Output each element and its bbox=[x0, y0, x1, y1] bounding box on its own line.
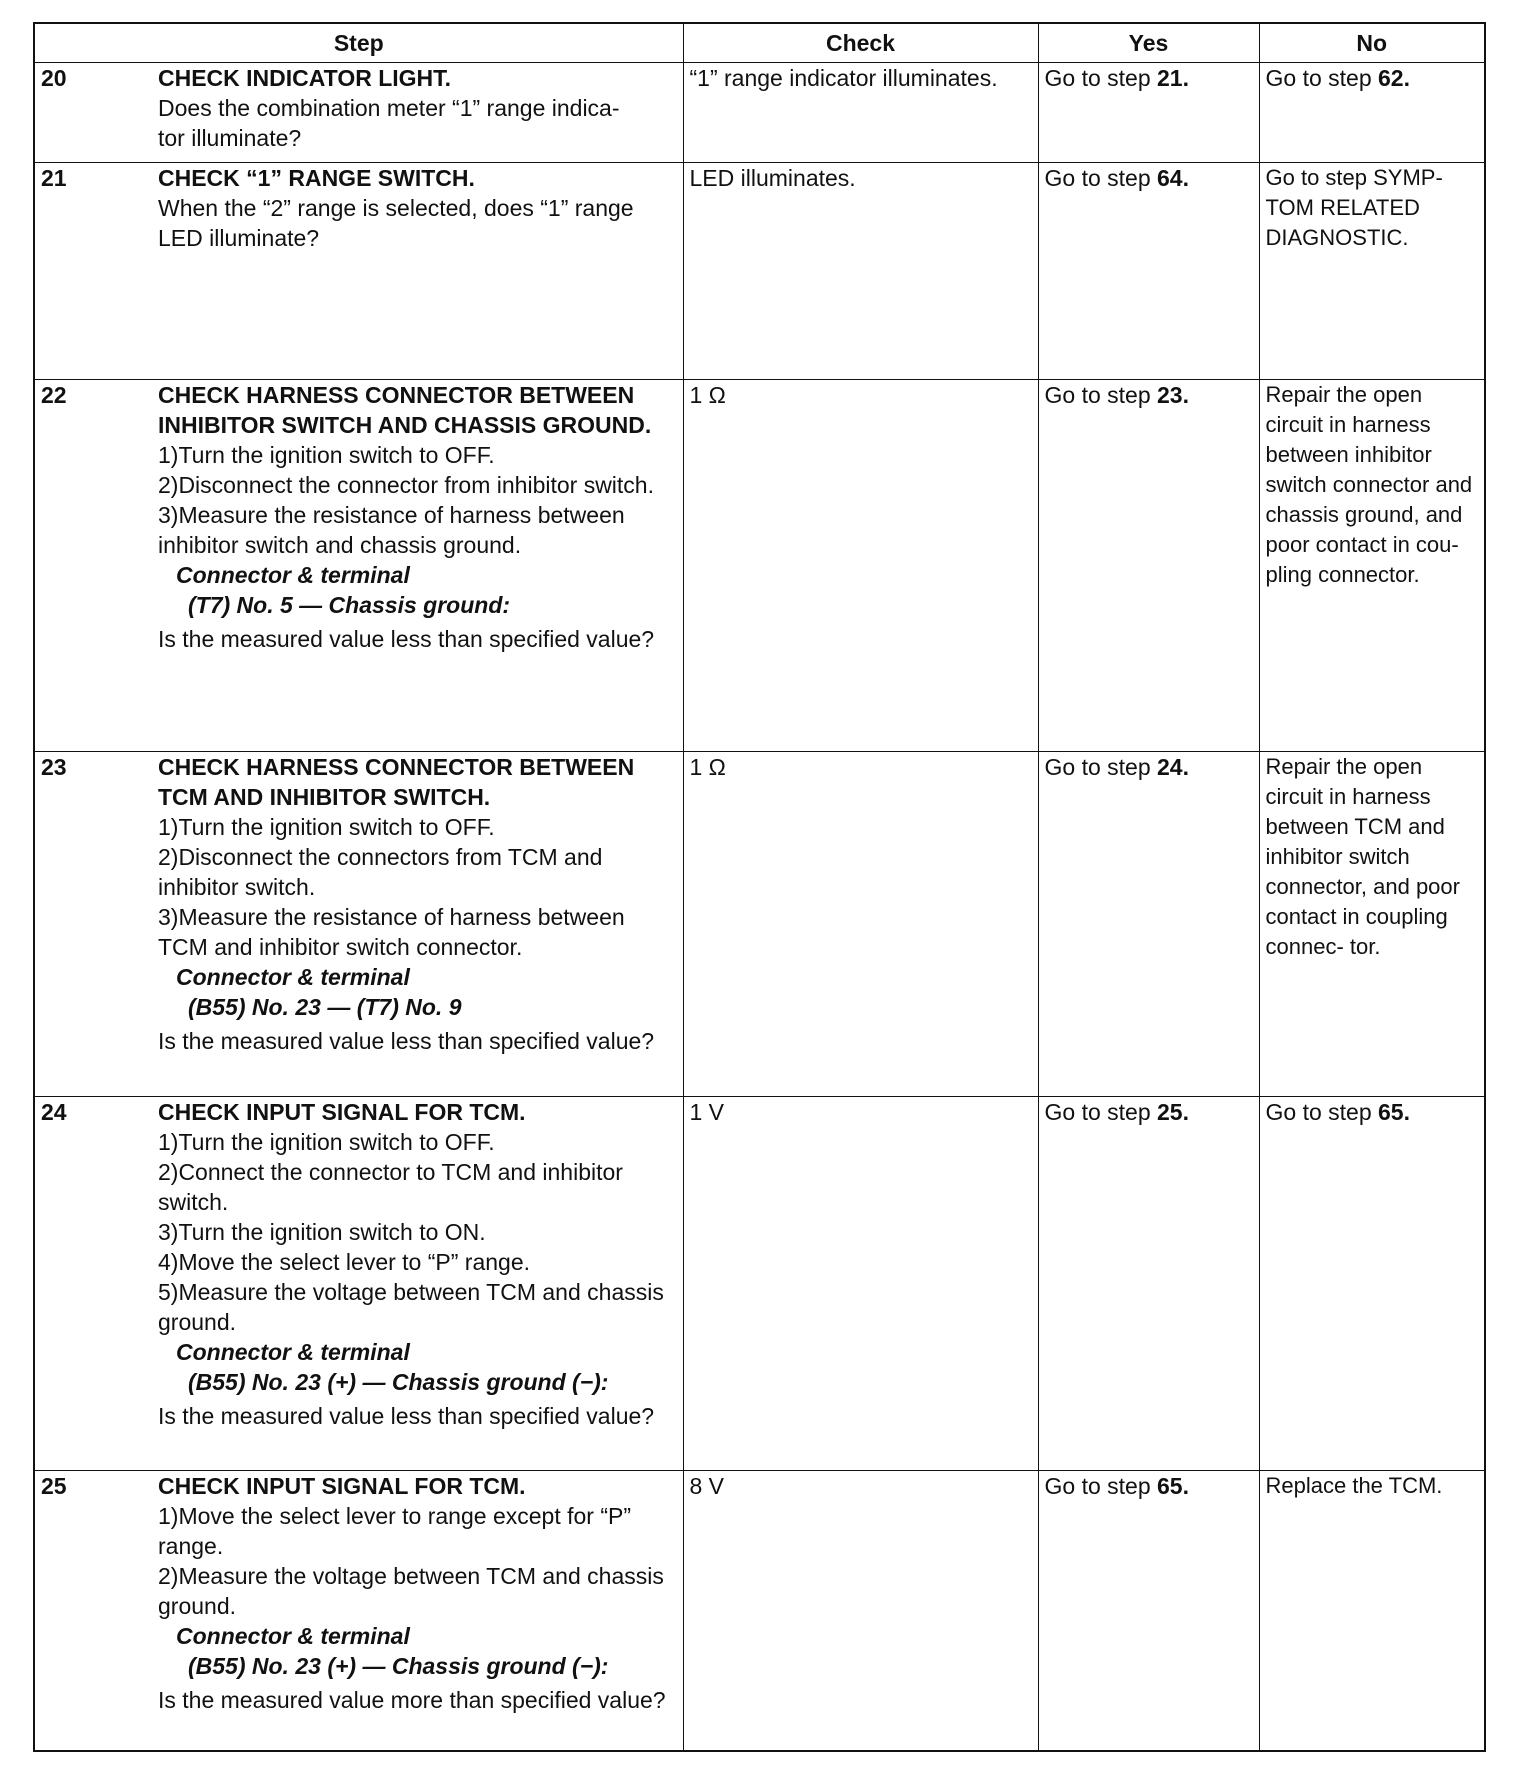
step-question: Is the measured value less than specifie… bbox=[158, 624, 677, 654]
connector-label: Connector & terminal bbox=[158, 962, 677, 992]
step-cell: 22 CHECK HARNESS CONNECTOR BETWEEN INHIB… bbox=[34, 380, 683, 752]
table-row: 25 CHECK INPUT SIGNAL FOR TCM. 1)Move th… bbox=[34, 1471, 1485, 1752]
connector-terminal: (B55) No. 23 — (T7) No. 9 bbox=[158, 992, 677, 1022]
no-cell: Repair the open circuit in harness betwe… bbox=[1259, 752, 1485, 1097]
step-line: 1)Turn the ignition switch to OFF. bbox=[158, 812, 677, 842]
check-cell: 8 V bbox=[683, 1471, 1038, 1752]
header-step: Step bbox=[34, 23, 683, 63]
step-title: CHECK HARNESS CONNECTOR BETWEEN INHIBITO… bbox=[158, 380, 677, 440]
header-check: Check bbox=[683, 23, 1038, 63]
table-row: 20 CHECK INDICATOR LIGHT. Does the combi… bbox=[34, 63, 1485, 163]
step-title: CHECK INPUT SIGNAL FOR TCM. bbox=[158, 1097, 677, 1127]
step-cell: 25 CHECK INPUT SIGNAL FOR TCM. 1)Move th… bbox=[34, 1471, 683, 1752]
yes-step-link[interactable]: 64. bbox=[1157, 165, 1189, 191]
step-question: Is the measured value less than specifie… bbox=[158, 1401, 677, 1431]
no-step-link[interactable]: 62. bbox=[1378, 65, 1410, 91]
step-cell: 23 CHECK HARNESS CONNECTOR BETWEEN TCM A… bbox=[34, 752, 683, 1097]
check-cell: “1” range indicator illuminates. bbox=[683, 63, 1038, 163]
step-question: Is the measured value less than specifie… bbox=[158, 1026, 677, 1056]
step-number: 24 bbox=[41, 1097, 158, 1431]
yes-step-link[interactable]: 24. bbox=[1157, 754, 1189, 780]
yes-text: Go to step bbox=[1045, 754, 1158, 780]
no-text: Go to step bbox=[1266, 1099, 1379, 1125]
step-line: 1)Turn the ignition switch to OFF. bbox=[158, 440, 677, 470]
yes-cell: Go to step 64. bbox=[1038, 163, 1259, 380]
check-cell: 1 Ω bbox=[683, 752, 1038, 1097]
diagnostic-table: Step Check Yes No 20 CHECK INDICATOR LIG… bbox=[33, 22, 1486, 1752]
yes-cell: Go to step 25. bbox=[1038, 1097, 1259, 1471]
yes-step-link[interactable]: 25. bbox=[1157, 1099, 1189, 1125]
step-line: 1)Move the select lever to range except … bbox=[158, 1501, 677, 1561]
no-cell: Repair the open circuit in harness betwe… bbox=[1259, 380, 1485, 752]
connector-terminal: (B55) No. 23 (+) — Chassis ground (−): bbox=[158, 1367, 677, 1397]
no-cell: Go to step 62. bbox=[1259, 63, 1485, 163]
connector-label: Connector & terminal bbox=[158, 1337, 677, 1367]
step-line: 2)Connect the connector to TCM and inhib… bbox=[158, 1157, 677, 1217]
yes-text: Go to step bbox=[1045, 382, 1158, 408]
step-line: 2)Disconnect the connector from inhibito… bbox=[158, 470, 677, 500]
step-cell: 20 CHECK INDICATOR LIGHT. Does the combi… bbox=[34, 63, 683, 163]
step-line: 3)Measure the resistance of harness betw… bbox=[158, 500, 677, 560]
step-title: CHECK HARNESS CONNECTOR BETWEEN TCM AND … bbox=[158, 752, 677, 812]
step-cell: 21 CHECK “1” RANGE SWITCH. When the “2” … bbox=[34, 163, 683, 380]
header-row: Step Check Yes No bbox=[34, 23, 1485, 63]
yes-text: Go to step bbox=[1045, 1473, 1158, 1499]
step-line: 1)Turn the ignition switch to OFF. bbox=[158, 1127, 677, 1157]
check-cell: LED illuminates. bbox=[683, 163, 1038, 380]
table-row: 22 CHECK HARNESS CONNECTOR BETWEEN INHIB… bbox=[34, 380, 1485, 752]
yes-text: Go to step bbox=[1045, 65, 1158, 91]
header-no: No bbox=[1259, 23, 1485, 63]
table-row: 24 CHECK INPUT SIGNAL FOR TCM. 1)Turn th… bbox=[34, 1097, 1485, 1471]
step-number: 21 bbox=[41, 163, 158, 253]
table-row: 23 CHECK HARNESS CONNECTOR BETWEEN TCM A… bbox=[34, 752, 1485, 1097]
no-cell: Replace the TCM. bbox=[1259, 1471, 1485, 1752]
no-cell: Go to step SYMP- TOM RELATED DIAGNOSTIC. bbox=[1259, 163, 1485, 380]
step-number: 20 bbox=[41, 63, 158, 153]
connector-label: Connector & terminal bbox=[158, 560, 677, 590]
yes-text: Go to step bbox=[1045, 1099, 1158, 1125]
step-line: 2)Disconnect the connectors from TCM and… bbox=[158, 842, 677, 902]
step-line: 2)Measure the voltage between TCM and ch… bbox=[158, 1561, 677, 1621]
yes-cell: Go to step 65. bbox=[1038, 1471, 1259, 1752]
step-title: CHECK “1” RANGE SWITCH. bbox=[158, 163, 677, 193]
step-line: 3)Measure the resistance of harness betw… bbox=[158, 902, 677, 962]
yes-cell: Go to step 21. bbox=[1038, 63, 1259, 163]
step-line: 5)Measure the voltage between TCM and ch… bbox=[158, 1277, 677, 1337]
step-line: 4)Move the select lever to “P” range. bbox=[158, 1247, 677, 1277]
step-line: 3)Turn the ignition switch to ON. bbox=[158, 1217, 677, 1247]
step-title: CHECK INDICATOR LIGHT. bbox=[158, 63, 677, 93]
step-line: When the “2” range is selected, does “1”… bbox=[158, 193, 677, 223]
connector-label: Connector & terminal bbox=[158, 1621, 677, 1651]
connector-terminal: (T7) No. 5 — Chassis ground: bbox=[158, 590, 677, 620]
step-line: tor illuminate? bbox=[158, 123, 677, 153]
step-cell: 24 CHECK INPUT SIGNAL FOR TCM. 1)Turn th… bbox=[34, 1097, 683, 1471]
yes-cell: Go to step 24. bbox=[1038, 752, 1259, 1097]
yes-step-link[interactable]: 21. bbox=[1157, 65, 1189, 91]
check-cell: 1 V bbox=[683, 1097, 1038, 1471]
step-number: 25 bbox=[41, 1471, 158, 1715]
yes-step-link[interactable]: 23. bbox=[1157, 382, 1189, 408]
step-number: 22 bbox=[41, 380, 158, 654]
connector-terminal: (B55) No. 23 (+) — Chassis ground (−): bbox=[158, 1651, 677, 1681]
step-question: Is the measured value more than specifie… bbox=[158, 1685, 677, 1715]
no-step-link[interactable]: 65. bbox=[1378, 1099, 1410, 1125]
yes-cell: Go to step 23. bbox=[1038, 380, 1259, 752]
header-yes: Yes bbox=[1038, 23, 1259, 63]
step-number: 23 bbox=[41, 752, 158, 1056]
no-cell: Go to step 65. bbox=[1259, 1097, 1485, 1471]
step-line: Does the combination meter “1” range ind… bbox=[158, 93, 677, 123]
no-text: Go to step bbox=[1266, 65, 1379, 91]
check-cell: 1 Ω bbox=[683, 380, 1038, 752]
step-line: LED illuminate? bbox=[158, 223, 677, 253]
yes-step-link[interactable]: 65. bbox=[1157, 1473, 1189, 1499]
step-title: CHECK INPUT SIGNAL FOR TCM. bbox=[158, 1471, 677, 1501]
yes-text: Go to step bbox=[1045, 165, 1158, 191]
table-row: 21 CHECK “1” RANGE SWITCH. When the “2” … bbox=[34, 163, 1485, 380]
